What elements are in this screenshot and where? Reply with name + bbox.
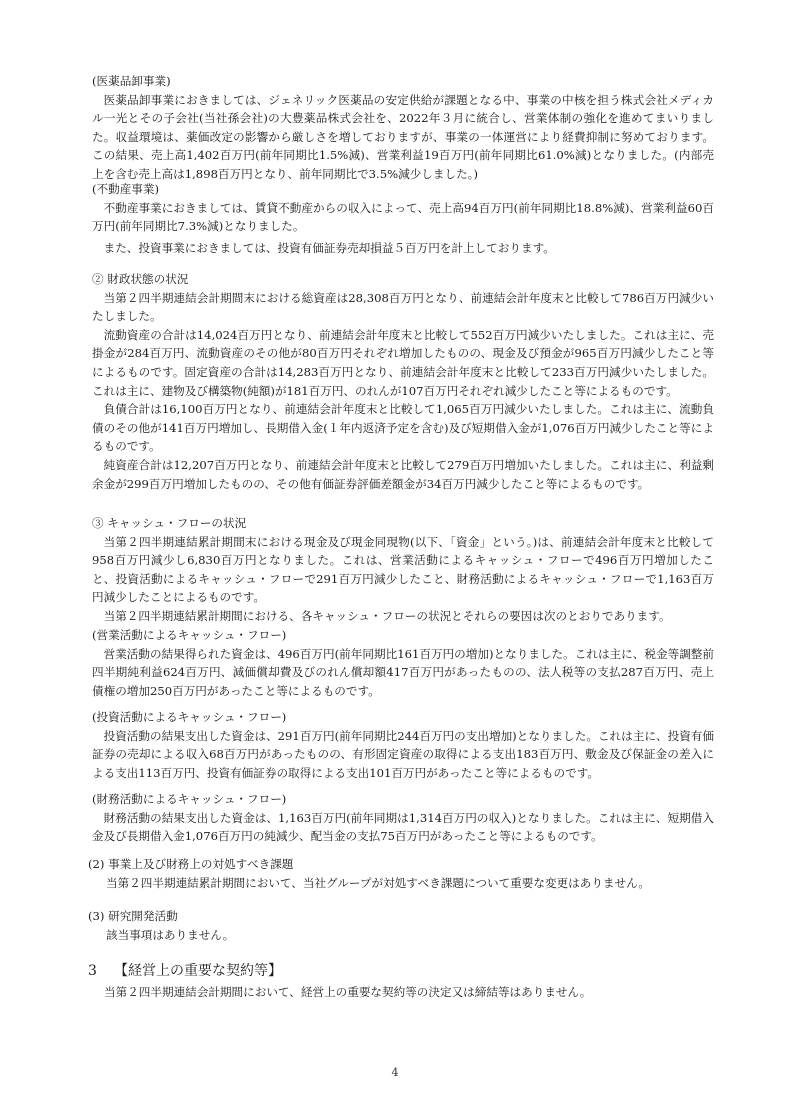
- paragraph: 当第２四半期連結累計期間における、各キャッシュ・フローの状況とそれらの要因は次の…: [92, 607, 714, 626]
- segment-body: また、投資事業におきましては、投資有価証券売却損益５百万円を計上しております。: [92, 239, 714, 258]
- paragraph: 当第２四半期連結会計期間末における総資産は28,308百万円となり、前連結会計年…: [92, 289, 714, 326]
- section-heading: ③ キャッシュ・フローの状況: [92, 514, 714, 533]
- paragraph: 負債合計は16,100百万円となり、前連結会計年度末と比較して1,065百万円減…: [92, 400, 714, 456]
- page-number: 4: [0, 1066, 790, 1079]
- cash-flow-financing: (財務活動によるキャッシュ・フロー) 財務活動の結果支出した資金は、1,163百…: [92, 790, 714, 846]
- paragraph: 流動資産の合計は14,024百万円となり、前連結会計年度末と比較して552百万円…: [92, 326, 714, 400]
- paragraph: 投資活動の結果支出した資金は、291百万円(前年同期比244百万円の支出増加)と…: [92, 727, 714, 783]
- segment-pharma-wholesale: (医薬品卸事業) 医薬品卸事業におきましては、ジェネリック医薬品の安定供給が課題…: [92, 72, 714, 184]
- rnd-body: 該当事項はありません。: [106, 926, 234, 945]
- document-page: (医薬品卸事業) 医薬品卸事業におきましては、ジェネリック医薬品の安定供給が課題…: [0, 0, 790, 1118]
- subsection-label: (投資活動によるキャッシュ・フロー): [92, 708, 714, 727]
- section-number: 3: [88, 961, 114, 981]
- segment-investment: また、投資事業におきましては、投資有価証券売却損益５百万円を計上しております。: [92, 239, 714, 258]
- cash-flow-operating: (営業活動によるキャッシュ・フロー) 営業活動の結果得られた資金は、496百万円…: [92, 626, 714, 700]
- paragraph: 純資産合計は12,207百万円となり、前連結会計年度末と比較して279百万円増加…: [92, 456, 714, 493]
- segment-real-estate: (不動産事業) 不動産事業におきましては、賃貸不動産からの収入によって、売上高9…: [92, 180, 714, 236]
- paragraph: 当第２四半期連結累計期間末における現金及び現金同現物(以下、「資金」という。)は…: [92, 533, 714, 607]
- contracts-body: 当第２四半期連結会計期間において、経営上の重要な契約等の決定又は締結等はありませ…: [104, 983, 591, 1002]
- paragraph: 営業活動の結果得られた資金は、496百万円(前年同期比161百万円の増加)となり…: [92, 645, 714, 701]
- segment-body: 医薬品卸事業におきましては、ジェネリック医薬品の安定供給が課題となる中、事業の中…: [92, 91, 714, 184]
- subsection-label: (営業活動によるキャッシュ・フロー): [92, 626, 714, 645]
- segment-label: (医薬品卸事業): [92, 72, 714, 91]
- paragraph: 財務活動の結果支出した資金は、1,163百万円(前年同期は1,314百万円の収入…: [92, 809, 714, 846]
- section-heading-issues: (2) 事業上及び財務上の対処すべき課題: [88, 855, 293, 874]
- cash-flow-investing: (投資活動によるキャッシュ・フロー) 投資活動の結果支出した資金は、291百万円…: [92, 708, 714, 782]
- issues-body: 当第２四半期連結累計期間において、当社グループが対処すべき課題について重要な変更…: [106, 874, 650, 893]
- section-cash-flow: ③ キャッシュ・フローの状況 当第２四半期連結累計期間末における現金及び現金同現…: [92, 514, 714, 626]
- section-heading-rnd: (3) 研究開発活動: [88, 907, 178, 926]
- segment-label: (不動産事業): [92, 180, 714, 199]
- subsection-label: (財務活動によるキャッシュ・フロー): [92, 790, 714, 809]
- section-financial-position: ② 財政状態の状況 当第２四半期連結会計期間末における総資産は28,308百万円…: [92, 270, 714, 493]
- segment-body: 不動産事業におきましては、賃貸不動産からの収入によって、売上高94百万円(前年同…: [92, 199, 714, 236]
- section-title: 【経営上の重要な契約等】: [114, 963, 282, 979]
- section-heading-contracts: 3【経営上の重要な契約等】: [88, 961, 282, 981]
- section-heading: ② 財政状態の状況: [92, 270, 714, 289]
